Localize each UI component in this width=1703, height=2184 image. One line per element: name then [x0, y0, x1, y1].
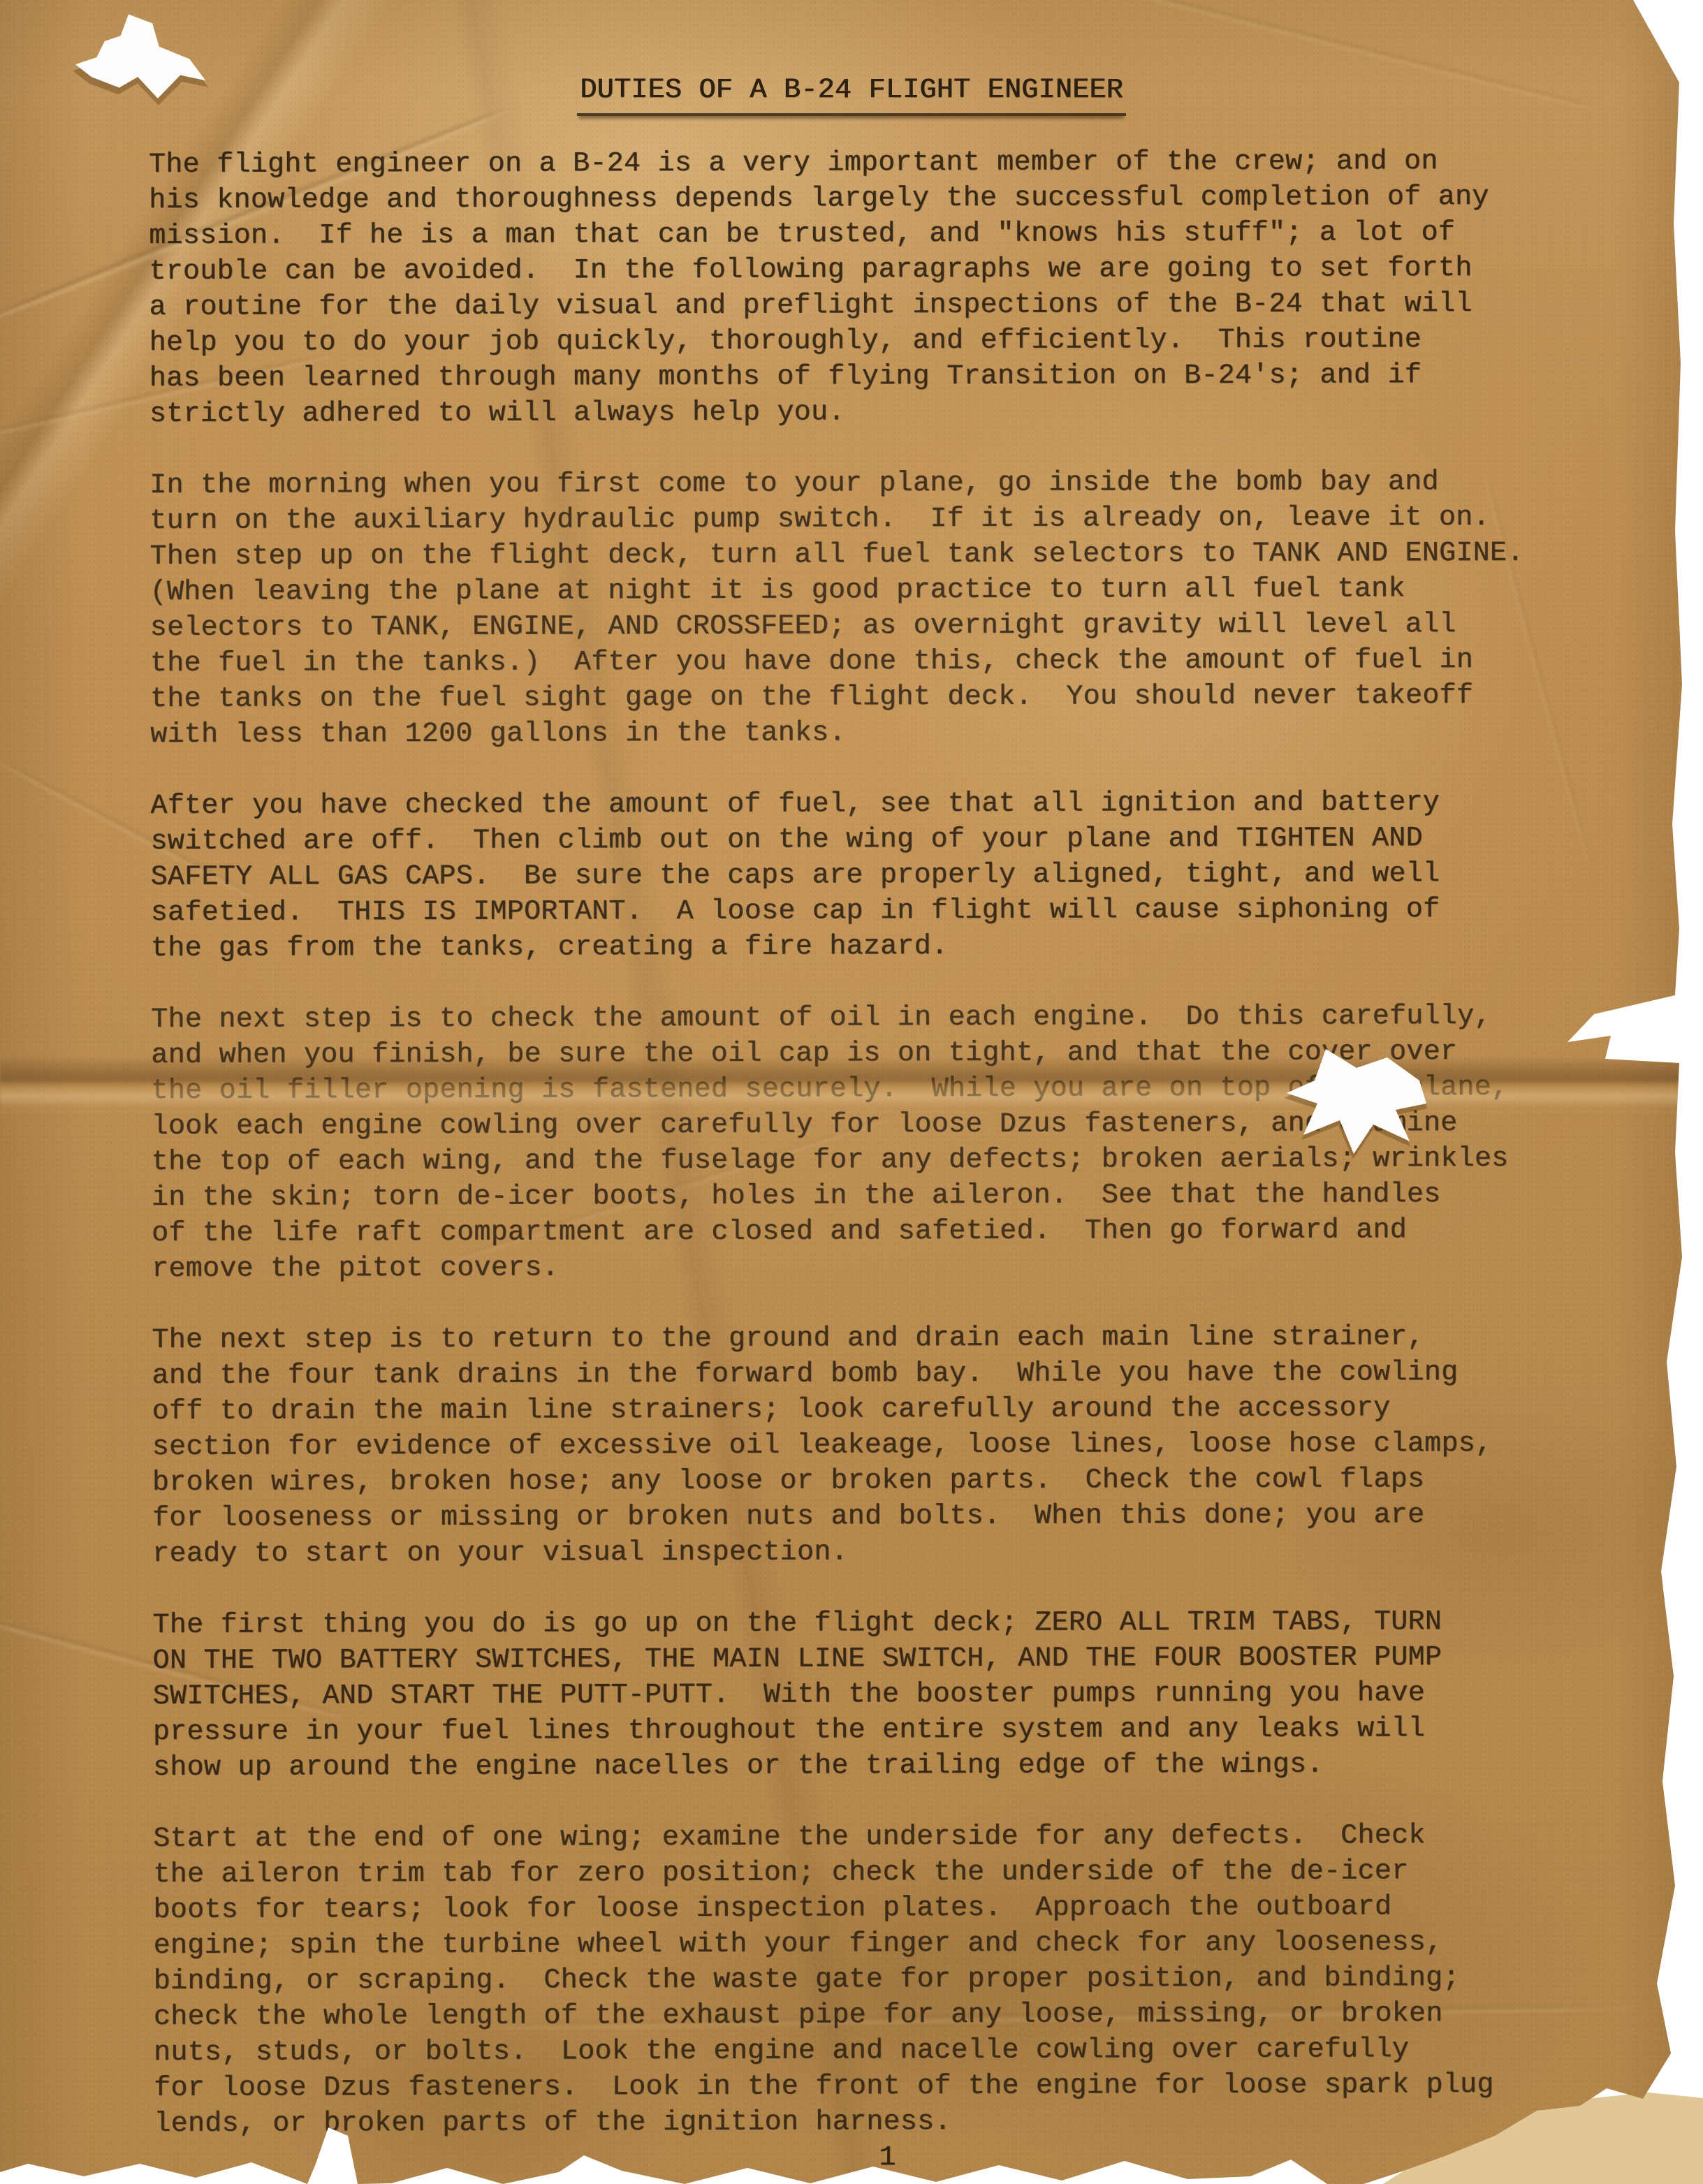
title-row: DUTIES OF A B-24 FLIGHT ENGINEER — [0, 73, 1703, 116]
page-number: 1 — [154, 2138, 1621, 2177]
paragraph: Start at the end of one wing; examine th… — [153, 1817, 1621, 2141]
paragraph: The flight engineer on a B-24 is a very … — [149, 144, 1616, 432]
paragraph: The next step is to return to the ground… — [152, 1319, 1619, 1571]
paragraph: After you have checked the amount of fue… — [150, 784, 1618, 966]
paper-sheet: DUTIES OF A B-24 FLIGHT ENGINEER The fli… — [0, 0, 1703, 2184]
page-title: DUTIES OF A B-24 FLIGHT ENGINEER — [577, 73, 1126, 116]
paragraph: In the morning when you first come to yo… — [149, 464, 1617, 753]
torn-crease-band — [0, 1056, 1703, 1117]
paragraph: The next step is to check the amount of … — [151, 998, 1618, 1287]
document-body: The flight engineer on a B-24 is a very … — [149, 144, 1621, 2178]
paragraph: The first thing you do is go up on the f… — [152, 1604, 1620, 1785]
scanned-page: DUTIES OF A B-24 FLIGHT ENGINEER The fli… — [0, 0, 1703, 2184]
